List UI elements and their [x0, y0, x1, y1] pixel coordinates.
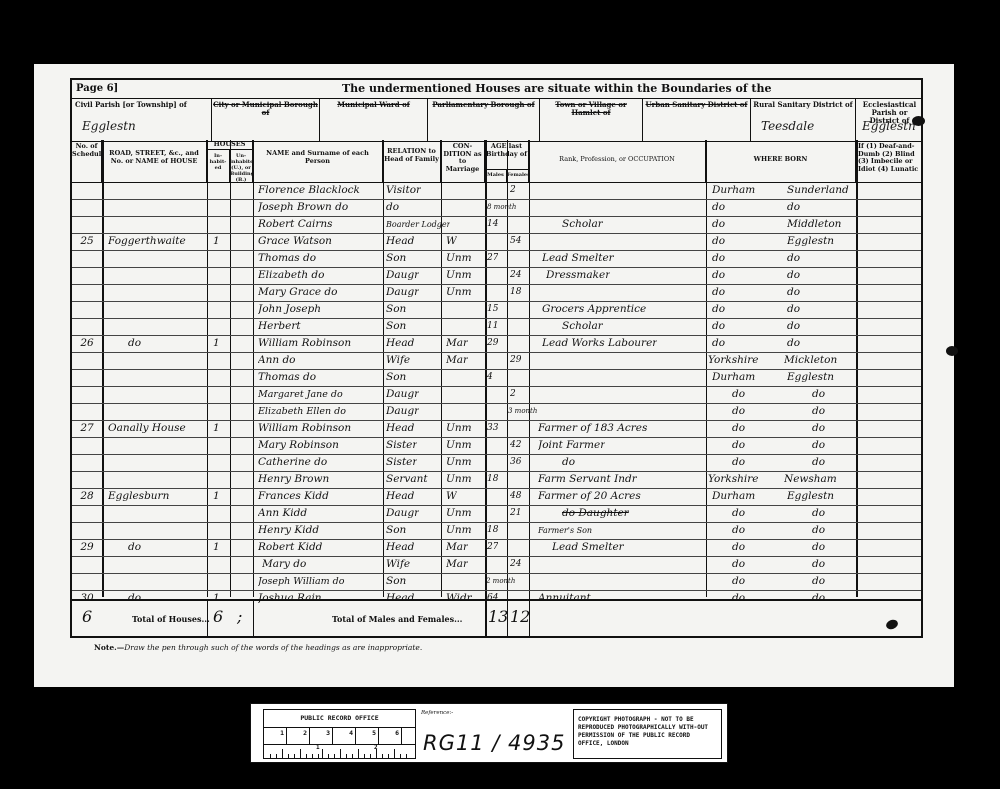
table-row: Mary Robinson Sister Unm 42 Joint Farmer… [72, 437, 921, 455]
ink-blot [912, 116, 925, 126]
col-road: ROAD, STREET, &c., and No. or NAME of HO… [102, 140, 207, 182]
table-row: Joseph William do Son 2 month do do [72, 573, 921, 591]
table-row: Mary do Wife Mar 24 do do [72, 556, 921, 574]
note-text: Draw the pen through such of the words o… [124, 643, 422, 652]
table-row: 29 do 1 Robert Kidd Head Mar 27 Lead Sme… [72, 539, 921, 557]
total-females: 12 [510, 607, 530, 626]
col-uninhabited: Un-inhabited (U.), or Building (B.) [230, 150, 253, 182]
table-row: Thomas do Son Unm 27 Lead Smelter do do [72, 250, 921, 268]
totals-row: 6 Total of Houses... 6 ; Total of Males … [72, 599, 921, 638]
pro-scale-box: PUBLIC RECORD OFFICE 1 2 3 4 5 6 1 2 [263, 709, 416, 759]
divider [207, 601, 208, 638]
note-prefix: Note.— [94, 643, 124, 652]
col-relation: RELATION to Head of Family [383, 140, 441, 182]
table-row: Robert Cairns Boarder Lodger 14 Scholar … [72, 216, 921, 234]
table-row: Ann do Wife Mar 29 Yorkshire Mickleton [72, 352, 921, 370]
boundary-header-row: Civil Parish [or Township] of Egglestn C… [72, 98, 921, 142]
census-form: Page 6] The undermentioned Houses are si… [70, 78, 923, 638]
instruction-note: Note.—Draw the pen through such of the w… [94, 643, 422, 652]
municipal-borough-field: City or Municipal Borough of [212, 99, 320, 141]
reference-value: RG11 / 4935 [423, 731, 565, 755]
total-persons-label: Total of Males and Females... [332, 614, 462, 624]
table-row: Henry Brown Servant Unm 18 Farm Servant … [72, 471, 921, 489]
table-row: 28 Egglesburn 1 Frances Kidd Head W 48 F… [72, 488, 921, 506]
table-row: Elizabeth do Daugr Unm 24 Dressmaker do … [72, 267, 921, 285]
col-name: NAME and Surname of each Person [253, 140, 383, 182]
reference-label: Reference:- [421, 710, 453, 716]
total-houses-uninhabited: ; [237, 607, 242, 626]
col-infirmity: If (1) Deaf-and-Dumb (2) Blind (3) Imbec… [856, 140, 923, 182]
table-row: Herbert Son 11 Scholar do do [72, 318, 921, 336]
table-row: Catherine do Sister Unm 36 do do do [72, 454, 921, 472]
parliamentary-borough-field: Parliamentary Borough of [428, 99, 540, 141]
urban-sanitary-field: Urban Sanitary District of [643, 99, 751, 141]
page-label: Page 6] [76, 83, 118, 94]
total-houses-label: Total of Houses... [132, 614, 210, 624]
form-banner: The undermentioned Houses are situate wi… [342, 82, 771, 95]
table-row: Margaret Jane do Daugr 2 do do [72, 386, 921, 404]
pro-title: PUBLIC RECORD OFFICE [264, 710, 415, 728]
col-condition: CON-DITION as to Marriage [441, 140, 485, 182]
col-inhabited: In-habit-ed [207, 150, 230, 182]
public-record-office-label: PUBLIC RECORD OFFICE 1 2 3 4 5 6 1 2 Ref… [250, 703, 728, 763]
col-schedule: No. of Schedule [72, 140, 102, 182]
table-row: Thomas do Son 4 Durham Egglestn [72, 369, 921, 387]
rural-sanitary-field: Rural Sanitary District of Teesdale [751, 99, 856, 141]
municipal-ward-field: Municipal Ward of [320, 99, 428, 141]
table-row: Elizabeth Ellen do Daugr 3 month do do [72, 403, 921, 421]
table-row: Henry Kidd Son Unm 18 Farmer's Son do do [72, 522, 921, 540]
divider [529, 601, 530, 638]
divider [485, 601, 487, 638]
divider [507, 601, 508, 638]
civil-parish-value: Egglestn [82, 119, 136, 133]
ink-blot [946, 346, 958, 356]
total-houses-inhabited: 6 [213, 607, 223, 626]
col-where-born: WHERE BORN [706, 140, 856, 182]
col-males: Males [485, 170, 507, 182]
rural-sanitary-value: Teesdale [761, 119, 814, 133]
table-row: 26 do 1 William Robinson Head Mar 29 Lea… [72, 335, 921, 353]
ecclesiastical-parish-value: Egglestn [862, 119, 916, 133]
copyright-notice: COPYRIGHT PHOTOGRAPH - NOT TO BE REPRODU… [573, 709, 722, 759]
table-row: Joseph Brown do do 8 month do do [72, 199, 921, 217]
pro-ruler: 1 2 [264, 744, 415, 759]
table-row: Mary Grace do Daugr Unm 18 do do [72, 284, 921, 302]
table-row: 27 Oanally House 1 William Robinson Head… [72, 420, 921, 438]
total-males: 13 [488, 607, 508, 626]
total-schedules: 6 [82, 607, 92, 626]
census-sheet: Page 6] The undermentioned Houses are si… [34, 64, 954, 687]
table-row: 25 Foggerthwaite 1 Grace Watson Head W 5… [72, 233, 921, 251]
table-row: John Joseph Son 15 Grocers Apprentice do… [72, 301, 921, 319]
table-row: Ann Kidd Daugr Unm 21 do Daughter do do [72, 505, 921, 523]
town-village-field: Town or Village or Hamlet of [540, 99, 643, 141]
civil-parish-field: Civil Parish [or Township] of Egglestn [72, 99, 212, 141]
reference-box: Reference:- RG11 / 4935 [419, 709, 573, 759]
divider [253, 601, 254, 638]
column-header-row: No. of Schedule ROAD, STREET, &c., and N… [72, 140, 921, 183]
pro-number-row: 1 2 3 4 5 6 [264, 727, 415, 745]
table-row: Florence Blacklock Visitor 2 Durham Sund… [72, 182, 921, 200]
col-occupation: Rank, Profession, or OCCUPATION [529, 140, 706, 182]
col-females: Females [507, 170, 529, 182]
